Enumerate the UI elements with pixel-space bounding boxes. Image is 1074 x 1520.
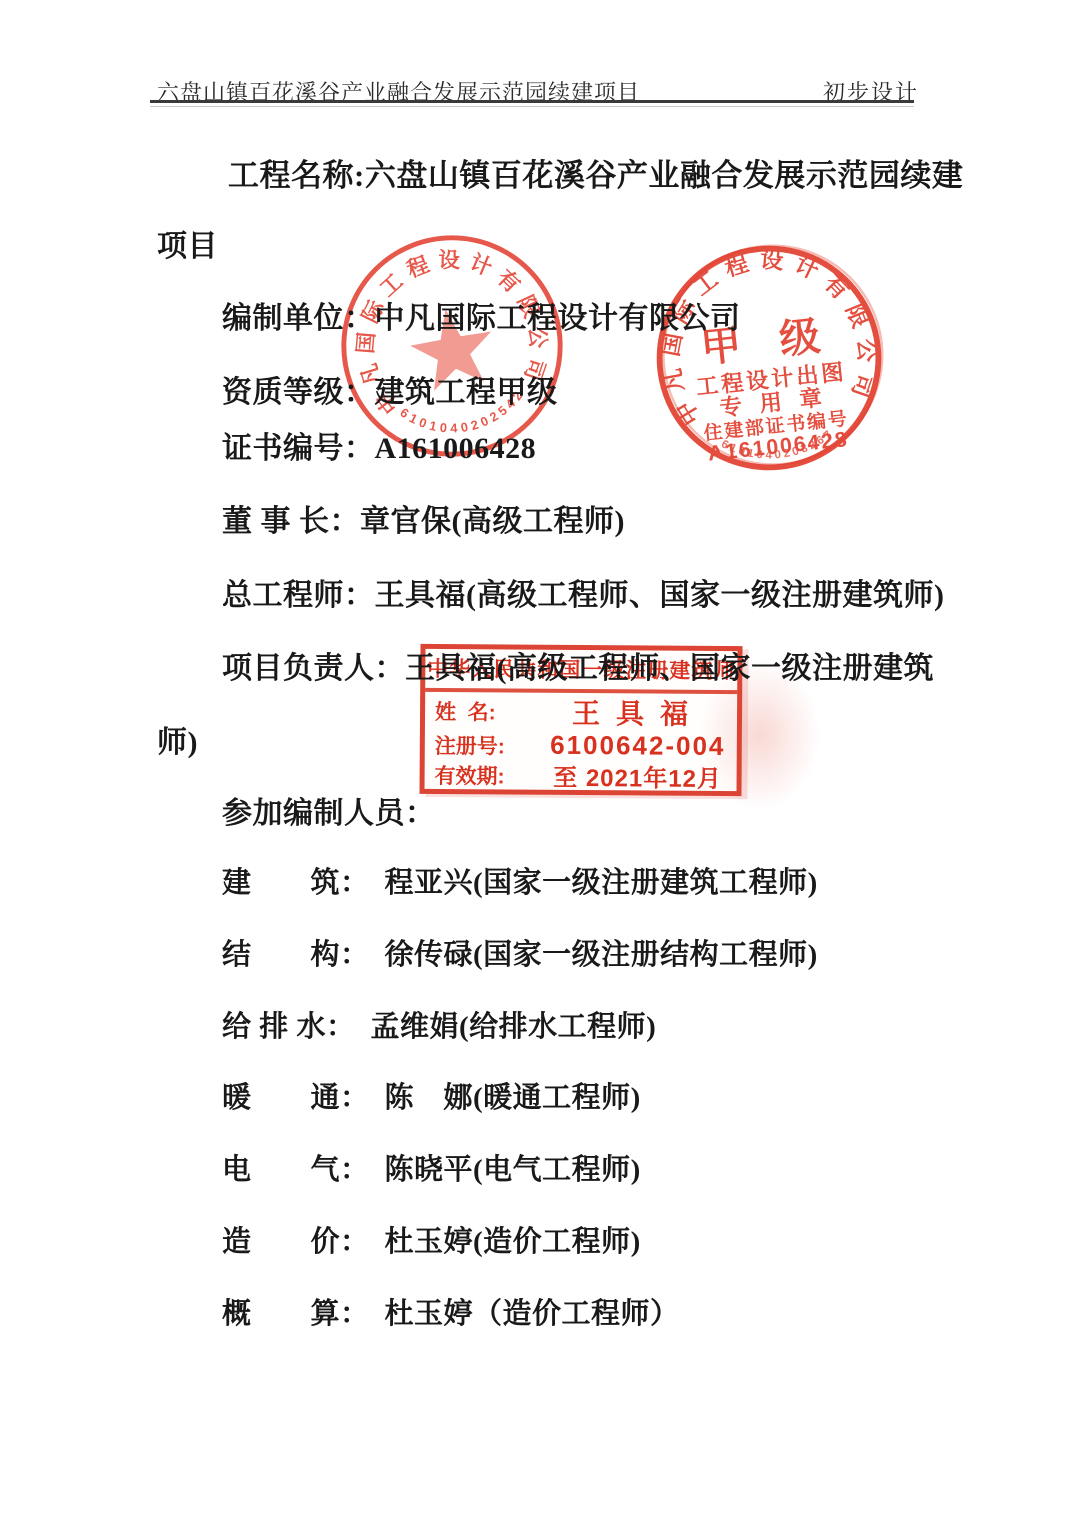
compiling-unit-line: 编制单位：中凡国际工程设计有限公司 bbox=[222, 301, 741, 337]
staff-row-electrical: 电 气： 陈晓平(电气工程师) bbox=[222, 1153, 641, 1188]
staff-row-architecture: 建 筑： 程亚兴(国家一级注册建筑工程师) bbox=[222, 866, 818, 901]
staff-row-estimate: 概 算： 杜玉婷（造价工程师） bbox=[222, 1297, 680, 1332]
project-leader-line1: 项目负责人：王具福(高级工程师、国家一级注册建筑 bbox=[222, 651, 934, 687]
project-name-line1: 工程名称:六盘山镇百花溪谷产业融合发展示范园续建 bbox=[228, 157, 963, 194]
qualification-line: 资质等级：建筑工程甲级 bbox=[222, 375, 558, 411]
architect-stamp-regno-label: 注册号: bbox=[425, 729, 539, 760]
chief-engineer-line: 总工程师：王具福(高级工程师、国家一级注册建筑师) bbox=[222, 578, 944, 614]
company-round-seal: 中凡国际工程设计有限公司 6101040202542 bbox=[334, 228, 570, 464]
project-name-line2: 项目 bbox=[157, 229, 218, 265]
architect-stamp-row-name: 姓 名: 王具福 bbox=[425, 692, 737, 731]
certificate-line: 证书编号：A161006428 bbox=[222, 431, 536, 467]
document-page: 六盘山镇百花溪谷产业融合发展示范园续建项目 初步设计 中凡国际工程设计有限公司 … bbox=[0, 0, 1074, 1520]
architect-stamp-validity-label: 有效期: bbox=[425, 759, 539, 790]
staff-row-structure: 结 构： 徐传碌(国家一级注册结构工程师) bbox=[222, 938, 818, 973]
architect-stamp-validity-row: 有效期: 至 2021年12月 bbox=[425, 760, 737, 791]
grade-round-seal: 中凡国际工程设计有限公司 甲 级 工程设计出图 专 用 章 住建部证书编号 A1… bbox=[648, 237, 890, 479]
chairman-line: 董 事 长：章官保(高级工程师) bbox=[222, 504, 625, 540]
architect-stamp-validity-value: 至 2021年12月 bbox=[538, 758, 736, 794]
architect-stamp-name-label: 姓 名: bbox=[425, 695, 539, 726]
project-leader-line2: 师) bbox=[157, 725, 198, 761]
header-rule-ghost bbox=[150, 106, 914, 107]
staff-row-plumbing: 给 排 水： 孟维娟(给排水工程师) bbox=[222, 1010, 656, 1045]
participants-heading: 参加编制人员： bbox=[222, 796, 436, 832]
architect-stamp-name-value: 王具福 bbox=[539, 691, 737, 732]
staff-row-cost: 造 价： 杜玉婷(造价工程师) bbox=[222, 1225, 641, 1260]
header-rule bbox=[150, 100, 914, 103]
staff-row-hvac: 暖 通： 陈 娜(暖通工程师) bbox=[222, 1081, 641, 1116]
